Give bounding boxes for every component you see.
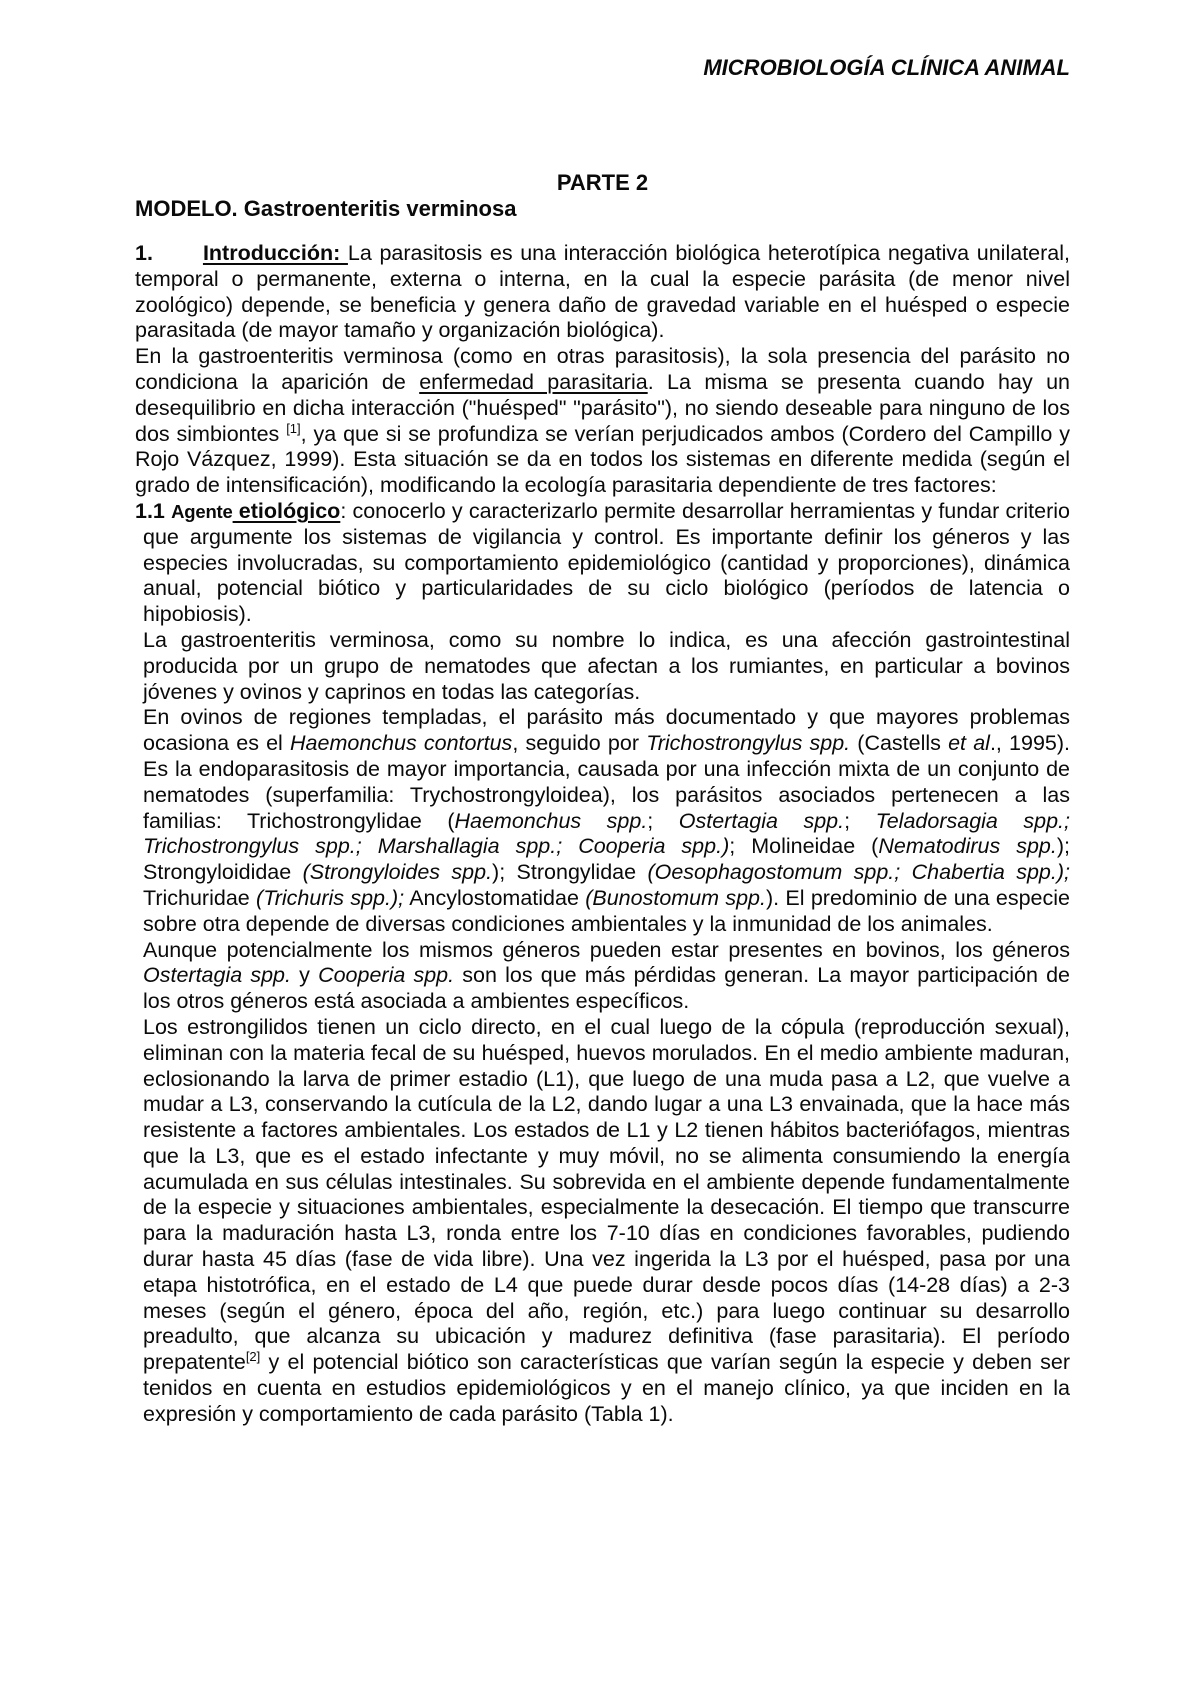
text-run: y el potencial biótico son característic… bbox=[143, 1350, 1070, 1426]
paragraph-agente-etiologico: 1.1 Agente etiológico: conocerlo y carac… bbox=[135, 499, 1070, 628]
text-run: 1.1 bbox=[135, 499, 171, 523]
text-run: etiológico bbox=[233, 499, 341, 523]
model-section-title: MODELO. Gastroenteritis verminosa bbox=[135, 196, 1070, 222]
part-title: PARTE 2 bbox=[135, 170, 1070, 196]
text-run: enfermedad parasitaria bbox=[419, 370, 648, 394]
text-run: Haemonchus spp. bbox=[454, 809, 647, 833]
text-run: Nematodirus spp. bbox=[878, 834, 1057, 858]
document-page: MICROBIOLOGÍA CLÍNICA ANIMAL PARTE 2 MOD… bbox=[0, 0, 1200, 1696]
text-run: , seguido por bbox=[512, 731, 646, 755]
text-run: (Bunostomum spp. bbox=[585, 886, 766, 910]
text-run: (Strongyloides spp. bbox=[303, 860, 492, 884]
paragraph-enfermedad-parasitaria: En la gastroenteritis verminosa (como en… bbox=[135, 344, 1070, 499]
document-header-title: MICROBIOLOGÍA CLÍNICA ANIMAL bbox=[135, 54, 1070, 82]
text-run: (Castells bbox=[850, 731, 948, 755]
text-run: ; Molineidae ( bbox=[729, 834, 878, 858]
footnote-reference: [1] bbox=[286, 420, 300, 435]
tab-spacer bbox=[153, 259, 203, 260]
document-body: 1.Introducción: La parasitosis es una in… bbox=[135, 241, 1070, 1428]
text-run: Cooperia spp. bbox=[318, 963, 454, 987]
text-run: (Trichuris spp.); bbox=[256, 886, 404, 910]
text-run: Aunque potencialmente los mismos géneros… bbox=[143, 938, 1070, 962]
paragraph-introduccion: 1.Introducción: La parasitosis es una in… bbox=[135, 241, 1070, 344]
text-run: ; bbox=[844, 809, 875, 833]
text-run: Los estrongilidos tienen un ciclo direct… bbox=[143, 1015, 1070, 1374]
text-run: Trichostrongylus spp. bbox=[646, 731, 850, 755]
text-run: Introducción: bbox=[203, 241, 348, 265]
paragraph-ciclo-estrongilidos: Los estrongilidos tienen un ciclo direct… bbox=[143, 1015, 1070, 1428]
text-run: ; bbox=[647, 809, 678, 833]
text-run: Ostertagia spp. bbox=[143, 963, 291, 987]
paragraph-bovinos-generos: Aunque potencialmente los mismos géneros… bbox=[143, 938, 1070, 1015]
text-run: La gastroenteritis verminosa, como su no… bbox=[143, 628, 1070, 704]
text-run: Agente bbox=[171, 501, 233, 522]
text-run: et al bbox=[948, 731, 990, 755]
text-run: Ancylostomatidae bbox=[404, 886, 585, 910]
text-run: 1. bbox=[135, 241, 153, 265]
paragraph-ovinos-familias: En ovinos de regiones templadas, el pará… bbox=[143, 705, 1070, 937]
text-run: Haemonchus contortus bbox=[290, 731, 512, 755]
text-run: (Oesophagostomum spp.; Chabertia spp.); bbox=[647, 860, 1070, 884]
text-run: ); Strongylidae bbox=[492, 860, 647, 884]
paragraph-gastroenteritis-definicion: La gastroenteritis verminosa, como su no… bbox=[143, 628, 1070, 705]
footnote-reference: [2] bbox=[246, 1349, 260, 1364]
text-run: Trichuridae bbox=[143, 886, 256, 910]
text-run: Ostertagia spp. bbox=[679, 809, 844, 833]
text-run: y bbox=[291, 963, 318, 987]
